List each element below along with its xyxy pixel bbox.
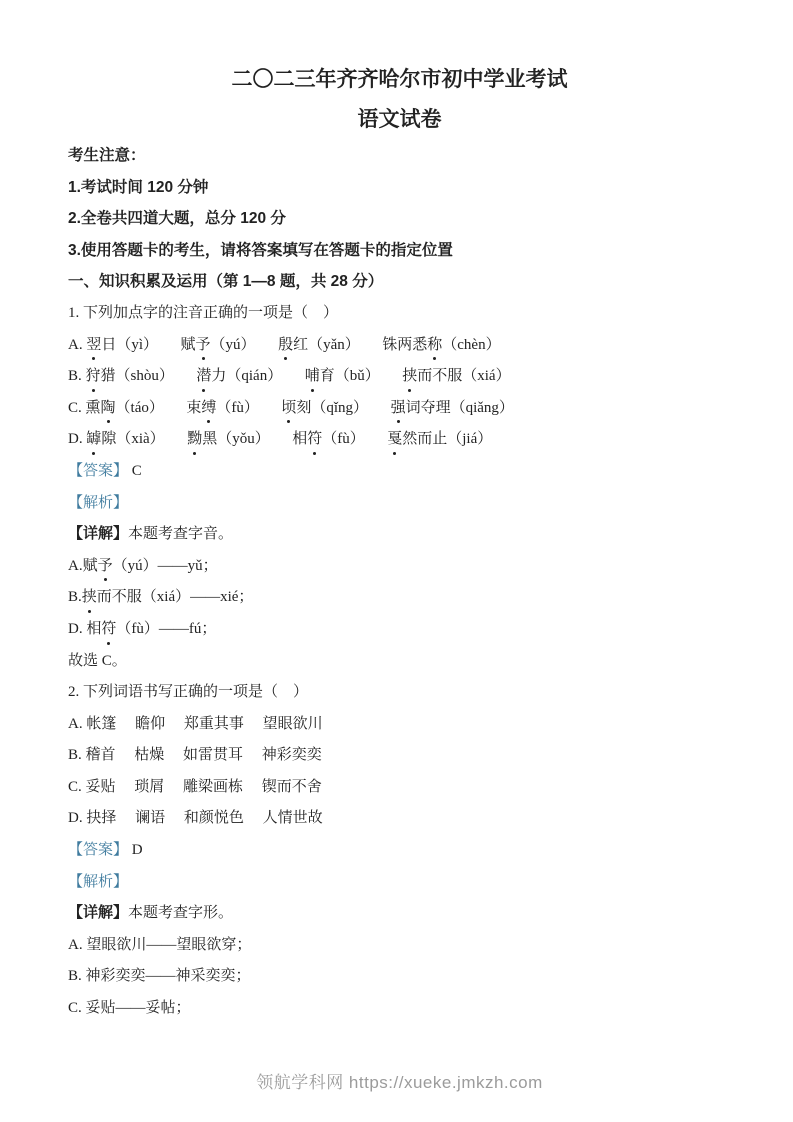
watermark-footer: 领航学科网 https://xueke.jmkzh.com — [68, 1068, 731, 1093]
emphasized-char: 殷 — [278, 330, 293, 362]
text-segment: D. — [68, 431, 86, 447]
emphasized-char: 哺 — [305, 361, 320, 393]
text-segment: C. 熏 — [68, 400, 101, 416]
text-segment: （chèn） — [442, 337, 500, 353]
document-content: 二〇二三年齐齐哈尔市初中学业考试语文试卷考生注意：1.考试时间 120 分钟2.… — [68, 60, 731, 1025]
text-segment: 语文试卷 — [358, 108, 442, 131]
text-segment: 本题考查字形。 — [128, 905, 233, 921]
emphasized-char: 符 — [101, 614, 116, 646]
question-2-detail: 【详解】本题考查字形。 — [68, 898, 731, 930]
emphasized-char: 狩 — [86, 361, 101, 393]
exam-paper-page: 二〇二三年齐齐哈尔市初中学业考试语文试卷考生注意：1.考试时间 120 分钟2.… — [0, 0, 793, 1122]
text-segment: （fù）——fú； — [116, 621, 216, 637]
text-segment: 然而止（jiá） — [402, 431, 492, 447]
question-1-option-a: A. 翌日（yì） 赋予（yú） 殷红（yǎn） 铢两悉称（chèn） — [68, 330, 731, 362]
text-segment: 【详解】 — [68, 905, 128, 921]
text-segment: 2. 下列词语书写正确的一项是（ ） — [68, 684, 308, 700]
text-segment: 词夺理（qiǎng） — [406, 400, 514, 416]
paper-title: 二〇二三年齐齐哈尔市初中学业考试 — [68, 60, 731, 100]
text-segment: （fù） — [322, 431, 387, 447]
text-segment: A.赋 — [68, 558, 98, 574]
text-segment: 一、知识积累及运用（第 1—8 题，共 28 分） — [68, 273, 383, 290]
emphasized-char: 予 — [196, 330, 211, 362]
question-1-option-b: B. 狩猎（shòu） 潜力（qián） 哺育（bǔ） 挟而不服（xiá） — [68, 361, 731, 393]
text-segment: 黑（yǒu） 相 — [202, 431, 307, 447]
question-1-conclusion: 故选 C。 — [68, 646, 731, 678]
text-segment: C — [128, 463, 142, 479]
emphasized-char: 挟 — [402, 361, 417, 393]
text-segment: 猎（shòu） — [101, 368, 197, 384]
emphasized-char: 强 — [391, 393, 406, 425]
text-segment: 力（qián） — [211, 368, 304, 384]
emphasized-char: 予 — [98, 551, 113, 583]
notice-item-1: 1.考试时间 120 分钟 — [68, 172, 731, 204]
text-segment: B. — [68, 368, 86, 384]
question-1-analysis-label: 【解析】 — [68, 488, 731, 520]
emphasized-char: 黝 — [187, 424, 202, 456]
text-segment: A. 帐篷 瞻仰 郑重其事 望眼欲川 — [68, 716, 323, 732]
question-2-option-a: A. 帐篷 瞻仰 郑重其事 望眼欲川 — [68, 709, 731, 741]
text-segment: B. 神彩奕奕——神采奕奕； — [68, 968, 251, 984]
text-segment: 【答案】 — [68, 463, 128, 479]
text-segment: 而不服（xiá） — [417, 368, 510, 384]
question-1-option-c: C. 熏陶（táo） 束缚（fù） 顷刻（qǐng） 强词夺理（qiǎng） — [68, 393, 731, 425]
text-segment: 【答案】 — [68, 842, 128, 858]
question-2-expl-a: A. 望眼欲川——望眼欲穿； — [68, 930, 731, 962]
text-segment: B. 稽首 枯燥 如雷贯耳 神彩奕奕 — [68, 747, 322, 763]
text-segment: D. 抉择 谰语 和颜悦色 人情世故 — [68, 810, 323, 826]
text-segment: 【解析】 — [68, 495, 128, 511]
emphasized-char: 戛 — [387, 424, 402, 456]
text-segment: B. — [68, 589, 82, 605]
text-segment: 故选 C。 — [68, 653, 127, 669]
notice-item-2: 2.全卷共四道大题，总分 120 分 — [68, 203, 731, 235]
text-segment: D — [128, 842, 143, 858]
text-segment: 育（bǔ） — [320, 368, 403, 384]
question-1-answer: 【答案】 C — [68, 456, 731, 488]
question-2-option-c: C. 妥贴 琐屑 雕梁画栋 锲而不舍 — [68, 772, 731, 804]
text-segment: 【解析】 — [68, 874, 128, 890]
text-segment: C. 妥贴——妥帖； — [68, 1000, 191, 1016]
notice-heading: 考生注意： — [68, 140, 731, 172]
question-1-detail: 【详解】本题考查字音。 — [68, 519, 731, 551]
emphasized-char: 陶 — [101, 393, 116, 425]
question-2-analysis-label: 【解析】 — [68, 867, 731, 899]
emphasized-char: 符 — [307, 424, 322, 456]
section-heading: 一、知识积累及运用（第 1—8 题，共 28 分） — [68, 266, 731, 298]
text-segment: 1. 下列加点字的注音正确的一项是（ ） — [68, 305, 338, 321]
question-1-option-d: D. 罅隙（xià） 黝黑（yǒu） 相符（fù） 戛然而止（jiá） — [68, 424, 731, 456]
question-1-expl-d: D. 相符（fù）——fú； — [68, 614, 731, 646]
text-segment: 而不服（xiá）——xié； — [97, 589, 254, 605]
question-1-expl-a: A.赋予（yú）——yǔ； — [68, 551, 731, 583]
question-1-stem: 1. 下列加点字的注音正确的一项是（ ） — [68, 298, 731, 330]
emphasized-char: 称 — [427, 330, 442, 362]
notice-item-3: 3.使用答题卡的考生，请将答案填写在答题卡的指定位置 — [68, 235, 731, 267]
emphasized-char: 顷 — [281, 393, 296, 425]
question-2-expl-c: C. 妥贴——妥帖； — [68, 993, 731, 1025]
text-segment: （yú） — [211, 337, 279, 353]
text-segment: （fù） — [216, 400, 281, 416]
emphasized-char: 挟 — [82, 582, 97, 614]
emphasized-char: 翌 — [86, 330, 101, 362]
question-2-stem: 2. 下列词语书写正确的一项是（ ） — [68, 677, 731, 709]
text-segment: 日（yì） 赋 — [101, 337, 195, 353]
text-segment: 2.全卷共四道大题，总分 120 分 — [68, 210, 286, 227]
question-2-answer: 【答案】 D — [68, 835, 731, 867]
text-segment: D. 相 — [68, 621, 101, 637]
question-2-option-d: D. 抉择 谰语 和颜悦色 人情世故 — [68, 803, 731, 835]
paper-subtitle: 语文试卷 — [68, 100, 731, 140]
text-segment: （táo） 束 — [116, 400, 202, 416]
watermark-text: 领航学科网 https://xueke.jmkzh.com — [256, 1073, 543, 1092]
text-segment: C. 妥贴 琐屑 雕梁画栋 锲而不舍 — [68, 779, 322, 795]
text-segment: A. — [68, 337, 86, 353]
text-segment: 考生注意： — [68, 147, 146, 164]
text-segment: 3.使用答题卡的考生，请将答案填写在答题卡的指定位置 — [68, 242, 453, 259]
text-segment: （yú）——yǔ； — [113, 558, 218, 574]
emphasized-char: 罅 — [86, 424, 101, 456]
question-2-option-b: B. 稽首 枯燥 如雷贯耳 神彩奕奕 — [68, 740, 731, 772]
text-segment: A. 望眼欲川——望眼欲穿； — [68, 937, 251, 953]
text-segment: 刻（qǐng） — [296, 400, 390, 416]
text-segment: 1.考试时间 120 分钟 — [68, 179, 208, 196]
question-1-expl-b: B.挟而不服（xiá）——xié； — [68, 582, 731, 614]
emphasized-char: 潜 — [196, 361, 211, 393]
emphasized-char: 缚 — [201, 393, 216, 425]
text-segment: 红（yǎn） 铢两悉 — [293, 337, 427, 353]
text-segment: 隙（xià） — [101, 431, 187, 447]
question-2-expl-b: B. 神彩奕奕——神采奕奕； — [68, 961, 731, 993]
text-segment: 本题考查字音。 — [128, 526, 233, 542]
text-segment: 二〇二三年齐齐哈尔市初中学业考试 — [232, 68, 568, 91]
text-segment: 【详解】 — [68, 526, 128, 542]
